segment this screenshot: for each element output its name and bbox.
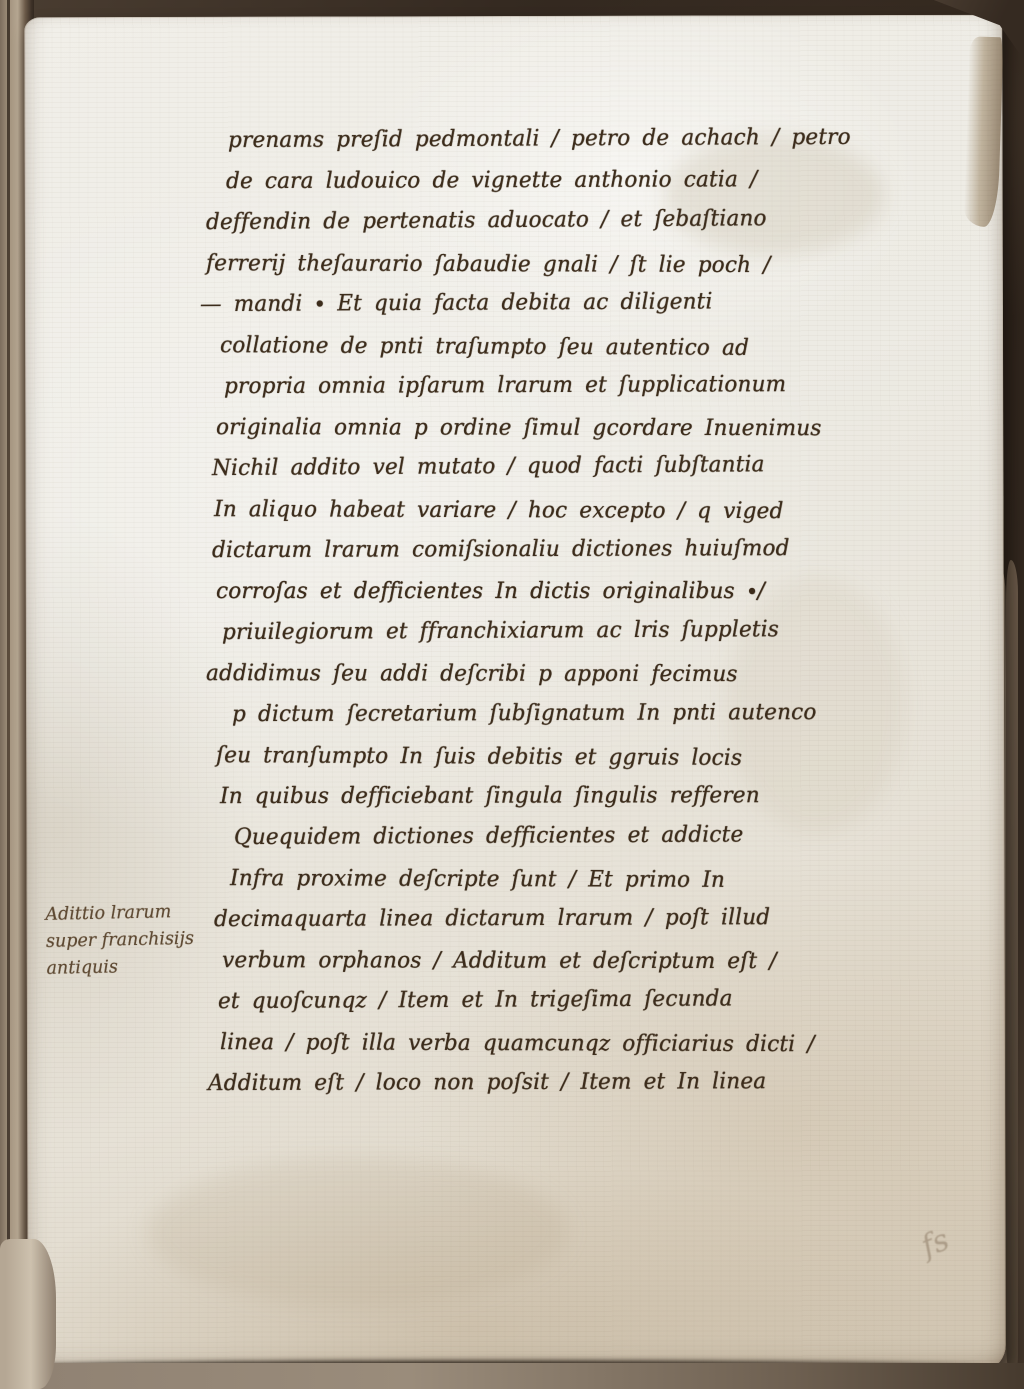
manuscript-line: Infra proxime deſcripte ſunt / Et primo … xyxy=(230,865,850,910)
manuscript-line: Quequidem dictiones defficientes et addi… xyxy=(234,821,854,867)
margin-annotation-line: Adittio lrarum xyxy=(45,898,226,929)
paper-stain xyxy=(147,1156,567,1307)
manuscript-line: In aliquo habeat variare / hoc excepto /… xyxy=(214,496,834,541)
manuscript-line: Nichil addito vel mutato / quod facti ſu… xyxy=(212,451,832,498)
manuscript-line: verbum orphanos / Additum et deſcriptum … xyxy=(222,947,842,991)
folded-corner xyxy=(963,36,1003,227)
bottom-left-page-curl xyxy=(0,1239,56,1389)
manuscript-line: propria omnia ipſarum lrarum et ſupplica… xyxy=(224,371,844,416)
manuscript-text-block: prenams preſid pedmontali / petro de ach… xyxy=(222,128,842,1112)
manuscript-line: linea / poſt illa verba quamcunqz offici… xyxy=(220,1029,840,1074)
manuscript-line: corroſas et defficientes In dictis origi… xyxy=(216,578,836,621)
manuscript-line: de cara ludouico de vignette anthonio ca… xyxy=(226,166,846,211)
manuscript-line: et quoſcunqz / Item et In trigeſima ſecu… xyxy=(218,985,838,1031)
manuscript-line: dictarum lrarum comiſsionaliu dictiones … xyxy=(212,535,832,580)
manuscript-line: p dictum ſecretarium ſubſignatum In pnti… xyxy=(232,699,852,744)
manuscript-line: ſeu tranſumpto In ſuis debitis et ggruis… xyxy=(216,742,836,788)
manuscript-line: In quibus defficiebant ſingula ſingulis … xyxy=(220,782,840,826)
margin-annotation-line: antiquis xyxy=(46,952,227,983)
manuscript-line: — mandi ∙ Et quia facta debita ac dilige… xyxy=(200,288,820,334)
manuscript-line: priuilegiorum et ffranchixiarum ac lris … xyxy=(222,616,842,662)
binding-seam xyxy=(7,0,10,1389)
manuscript-line: deffendin de pertenatis aduocato / et ſe… xyxy=(206,205,826,252)
margin-annotation: Adittio lrarum super franchisijs antiqui… xyxy=(45,898,227,983)
manuscript-line: addidimus ſeu addi deſcribi p apponi fec… xyxy=(206,660,826,704)
page-edge-strip xyxy=(1006,560,1018,1379)
under-sheet-edge xyxy=(0,1363,1024,1389)
manuscript-line: prenams preſid pedmontali / petro de ach… xyxy=(228,124,848,170)
margin-annotation-line: super franchisijs xyxy=(46,925,227,956)
manuscript-line: decimaquarta linea dictarum lrarum / poſ… xyxy=(214,904,834,949)
manuscript-line: Additum eſt / loco non poſsit / Item et … xyxy=(208,1068,828,1113)
